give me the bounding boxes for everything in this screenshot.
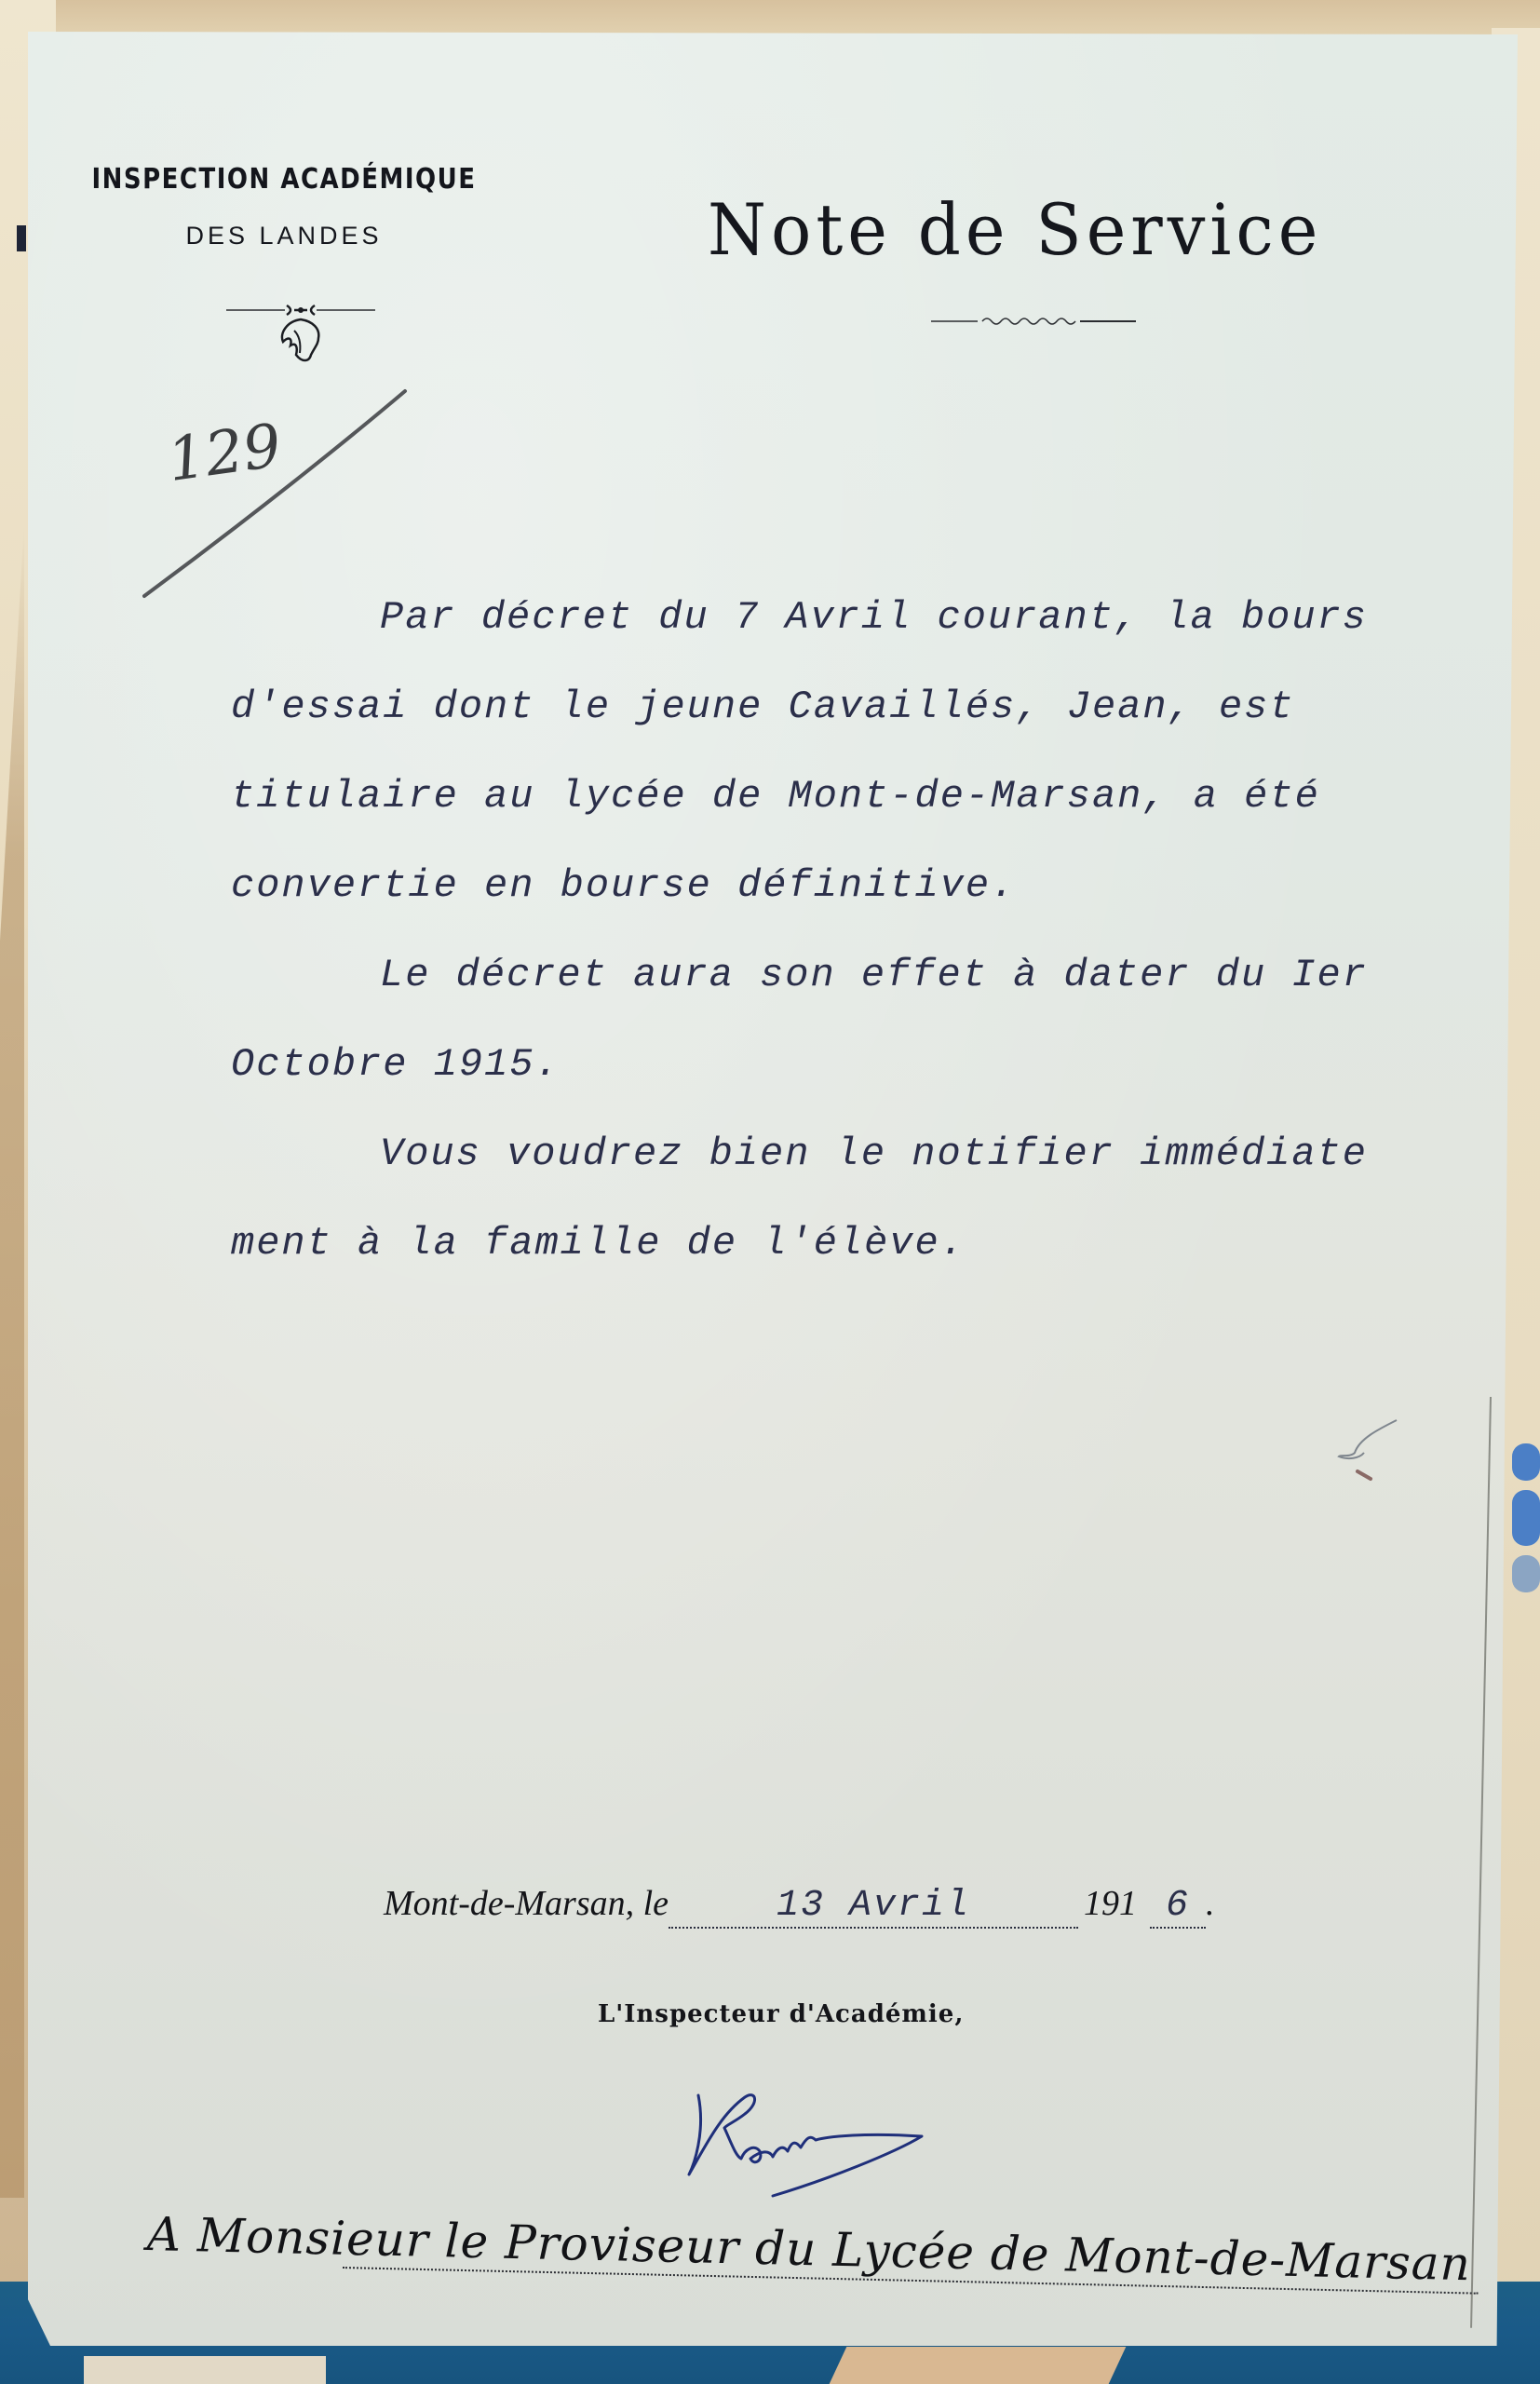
body-line: ment à la famille de l'élève. xyxy=(231,1199,1497,1288)
body-line: d'essai dont le jeune Cavaillés, Jean, e… xyxy=(231,662,1497,752)
body-line: Le décret aura son effet à dater du Ier xyxy=(231,930,1497,1020)
body-line: titulaire au lycée de Mont-de-Marsan, a … xyxy=(231,752,1497,841)
background-sheet-mark xyxy=(17,225,26,251)
body-line: Par décret du 7 Avril courant, la bours xyxy=(231,573,1497,662)
letterhead-department: DES LANDES xyxy=(88,222,480,251)
folder-beige-patch xyxy=(830,2347,1127,2384)
document-title: Note de Service xyxy=(708,189,1322,271)
body-line: Octobre 1915. xyxy=(231,1020,1497,1109)
signature xyxy=(680,2077,978,2198)
body-line: Vous voudrez bien le notifier immédiate xyxy=(231,1109,1497,1199)
pencil-slash-mark xyxy=(140,386,419,601)
date-year-suffix: 6 xyxy=(1166,1885,1190,1927)
date-day-month: 13 Avril xyxy=(777,1885,970,1927)
title-underline-ornament-icon xyxy=(931,315,1136,328)
blue-ink-mark xyxy=(1512,1490,1540,1546)
document-body: Par décret du 7 Avril courant, la bours … xyxy=(231,573,1497,1288)
date-year-prefix: 191 xyxy=(1084,1884,1137,1923)
date-line: Mont-de-Marsan, le13 Avril1916. xyxy=(384,1883,1215,1929)
blue-ink-mark xyxy=(1512,1443,1540,1481)
blue-ink-mark xyxy=(1512,1555,1540,1592)
fleuron-ornament-icon xyxy=(222,301,380,375)
folder-beige-patch xyxy=(84,2356,326,2384)
body-line: convertie en bourse définitive. xyxy=(231,841,1497,930)
background-sheet-top xyxy=(0,0,1540,37)
signatory-title: L'Inspecteur d'Académie, xyxy=(598,2000,964,2028)
letterhead: INSPECTION ACADÉMIQUE DES LANDES xyxy=(88,166,480,251)
date-end: . xyxy=(1206,1884,1215,1923)
date-place: Mont-de-Marsan, le xyxy=(384,1884,669,1923)
letterhead-institution: INSPECTION ACADÉMIQUE xyxy=(88,164,480,196)
addressee-line: A Monsieur le Proviseur du Lycée de Mont… xyxy=(147,2207,1451,2309)
pencil-margin-mark xyxy=(1322,1415,1415,1490)
